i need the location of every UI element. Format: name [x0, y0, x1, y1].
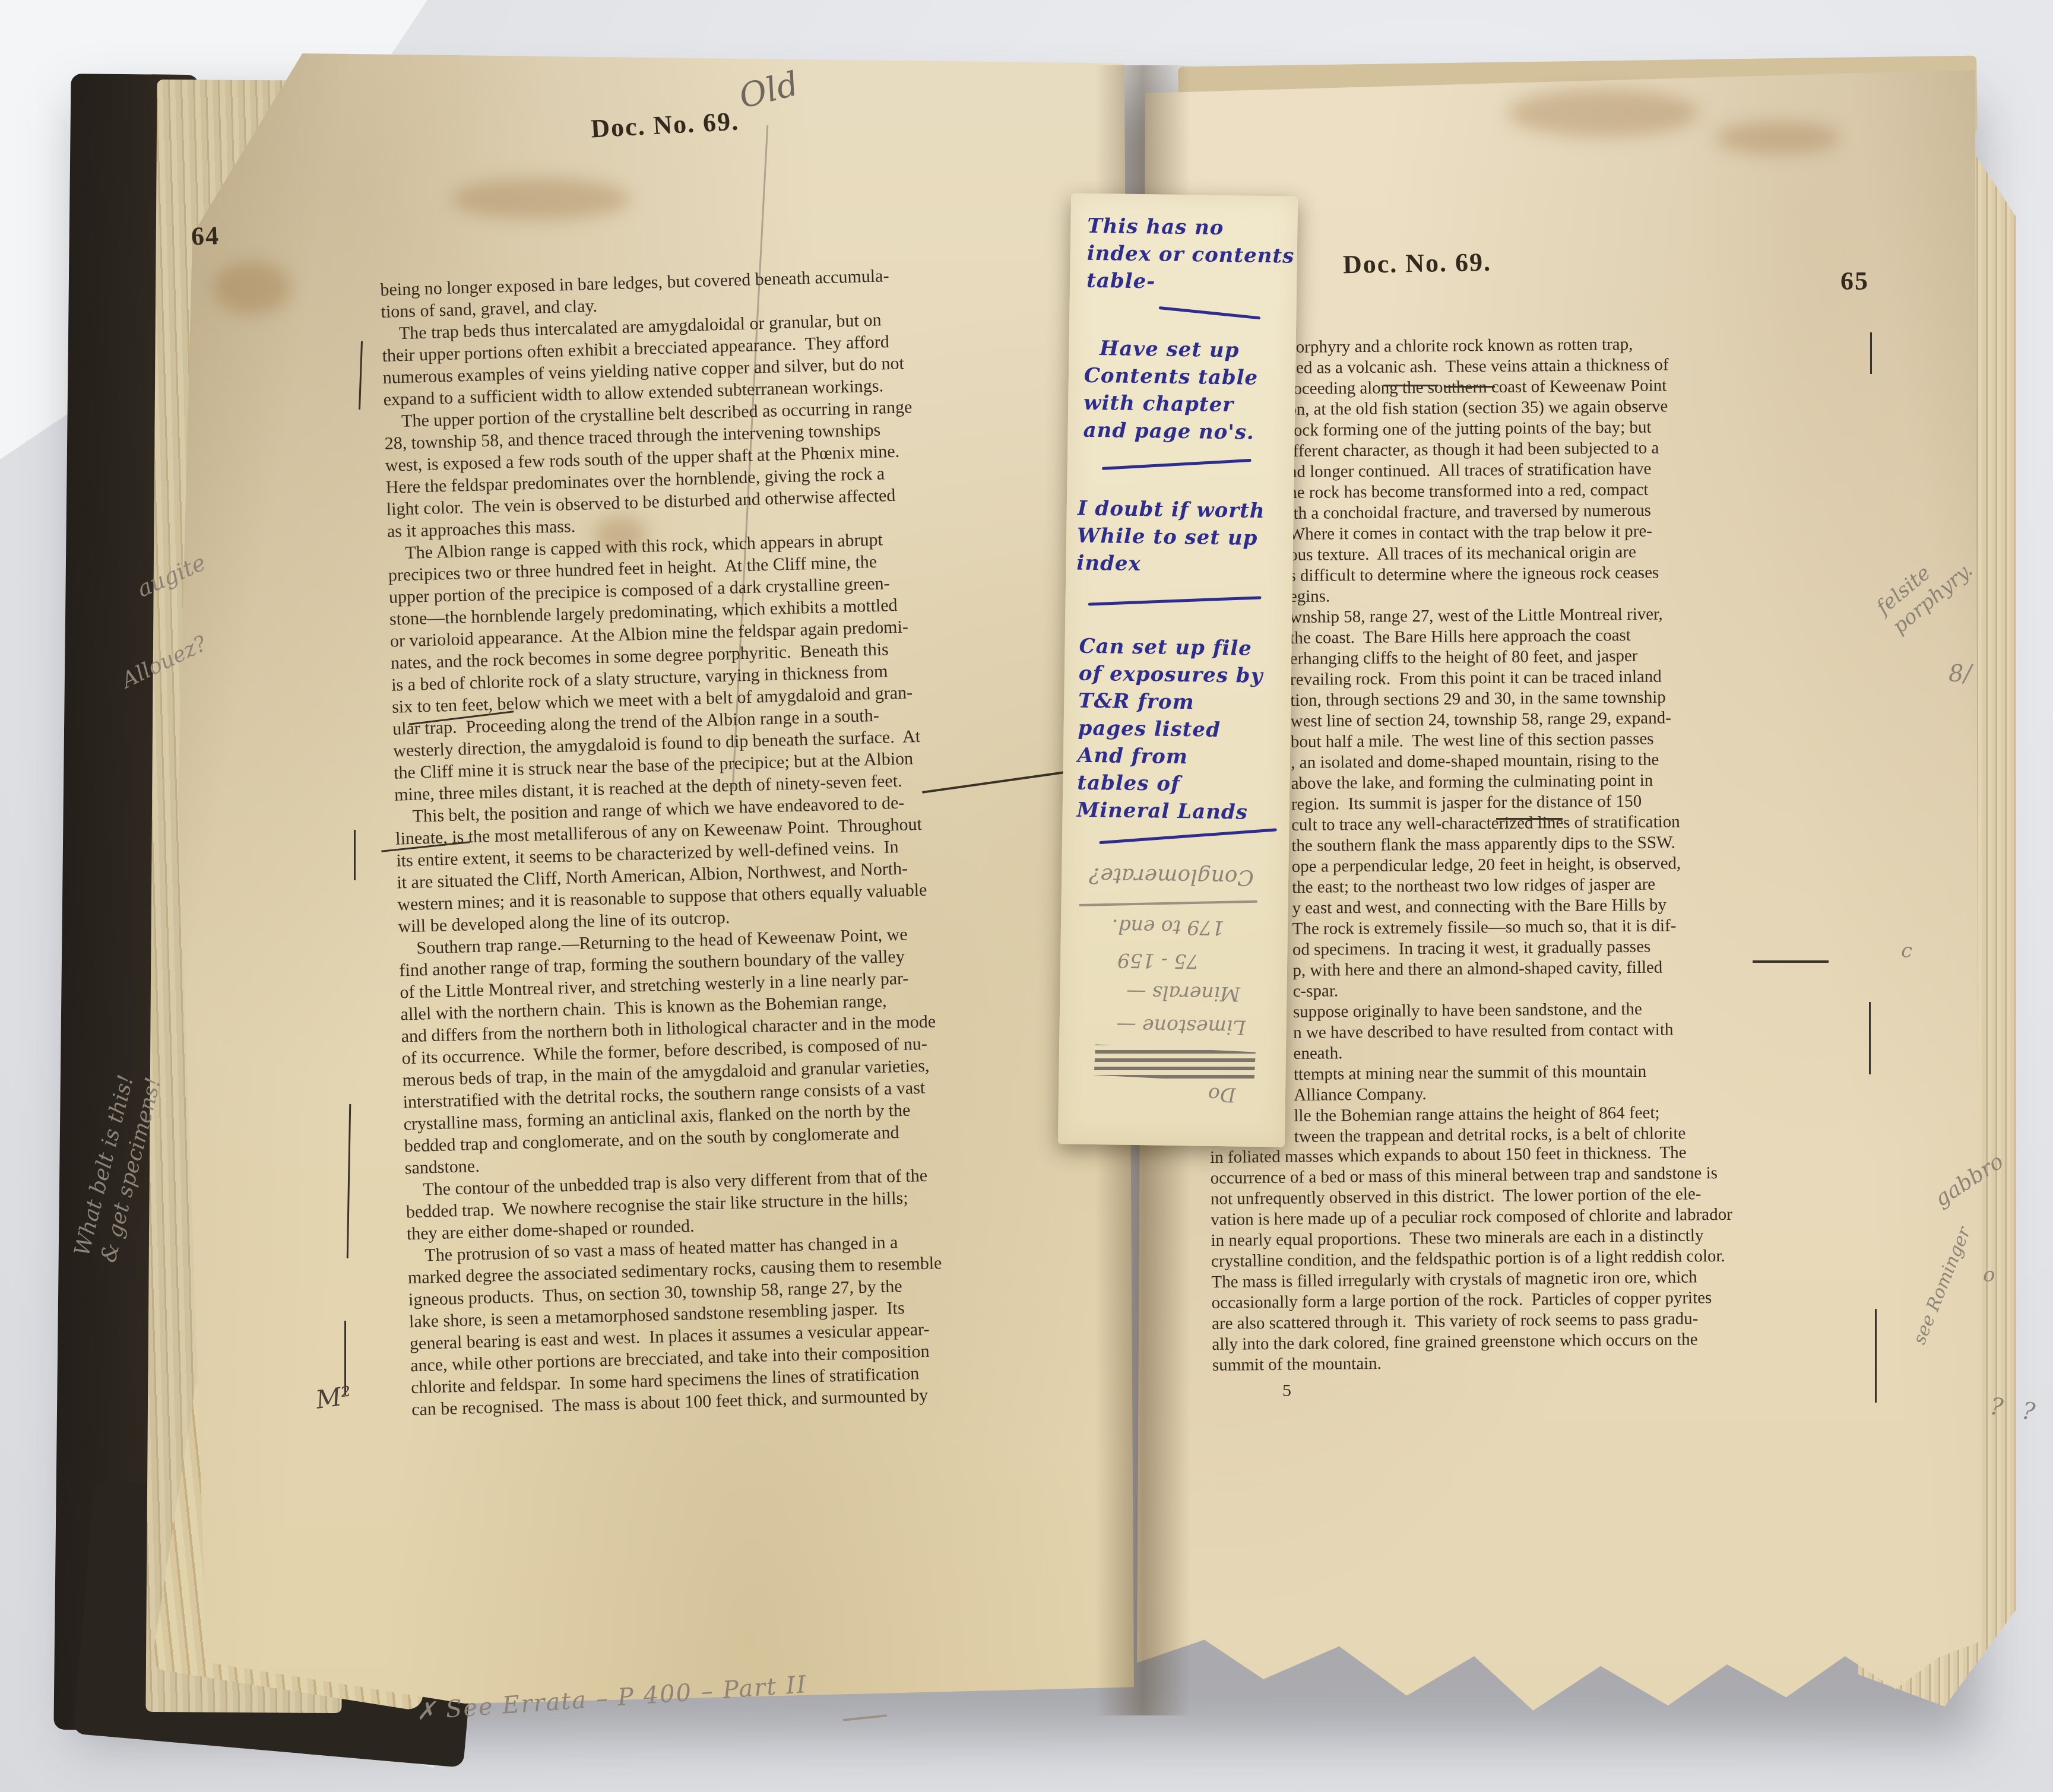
text-line: lle the Bohemian range attains the heigh…	[1294, 1102, 1686, 1127]
note-line: I doubt if worth	[1077, 495, 1265, 525]
text-line: west line of section 24, township 58, ra…	[1290, 708, 1682, 732]
note-line: index or contents	[1086, 240, 1294, 270]
text-line: tion, through sections 29 and 30, in the…	[1290, 687, 1682, 711]
note-line: Contents table	[1084, 362, 1259, 392]
text-line: he rock has become transformed into a re…	[1288, 479, 1680, 503]
paragraph: The protrusion of so vast a mass of heat…	[407, 1225, 1130, 1421]
note-line: While to set up	[1077, 522, 1265, 552]
margin-bar-mark	[1870, 332, 1872, 374]
page-stain	[1716, 122, 1840, 154]
paragraph: The upper portion of the crystalline bel…	[384, 391, 1105, 543]
note-line: tables of	[1077, 769, 1262, 799]
note-line: Can set up file	[1079, 633, 1263, 662]
note-line: T&R from	[1078, 687, 1263, 717]
text-line: n we have described to have resulted fro…	[1293, 1019, 1685, 1044]
page-stain	[451, 178, 629, 220]
pencil-note-do: Do	[1208, 1083, 1236, 1107]
ink-stroke	[1099, 828, 1277, 844]
text-line: The rock is extremely fissile—so much so…	[1292, 915, 1684, 940]
pencil-note-limestone: Limestone —	[1116, 1014, 1246, 1039]
these-underline-mark	[1383, 385, 1438, 386]
margin-bar-mark	[354, 830, 356, 880]
ink-stroke	[1102, 459, 1252, 470]
text-line: eneath.	[1293, 1040, 1685, 1064]
note-line: This has no	[1087, 212, 1295, 243]
margin-note-c: c	[1901, 939, 1912, 963]
text-line: the east; to the northeast two low ridge…	[1292, 874, 1684, 898]
text-line: ous texture. All traces of its mechanica…	[1289, 541, 1681, 566]
margin-bar-mark	[1869, 1002, 1871, 1074]
right-page-text-lower: in foliated masses which expands to abou…	[1210, 1142, 1734, 1376]
text-line: ifferent character, as though it had bee…	[1288, 437, 1680, 462]
text-line: ope a perpendicular ledge, 20 feet in he…	[1292, 853, 1684, 877]
page-stain	[594, 516, 647, 552]
text-line: nd longer continued. All traces of strat…	[1288, 458, 1680, 483]
ink-stroke	[1088, 596, 1262, 605]
pencil-rule	[1079, 900, 1257, 906]
text-line: Where it comes in contact with the trap …	[1289, 521, 1681, 545]
note-line: and page no's.	[1083, 417, 1257, 446]
note-line: of exposures by	[1079, 660, 1263, 690]
note-line: And from	[1078, 742, 1262, 772]
right-page-text-upper: porphyry and a chlorite rock known as ro…	[1287, 334, 1686, 1147]
margin-bar-mark	[1875, 1309, 1877, 1403]
text-line: s difficult to determine where the igneo…	[1289, 562, 1681, 586]
right-page-number: 65	[1840, 266, 1869, 296]
text-line: egins.	[1290, 583, 1681, 607]
note-text-group: Can set up fileof exposures byT&R frompa…	[1076, 633, 1263, 826]
text-line: ttempts at mining near the summit of thi…	[1294, 1061, 1686, 1085]
right-page-header: Doc. No. 69.	[1343, 247, 1492, 280]
pencil-note-pages: 179 to end.	[1112, 915, 1225, 940]
page-stain	[214, 261, 291, 315]
text-line: region. Its summit is jasper for the dis…	[1291, 791, 1683, 815]
page-stain	[1508, 89, 1698, 137]
margin-note-m2: M²	[314, 1381, 353, 1414]
text-line: ith a conchoidal fracture, and traversed…	[1288, 500, 1680, 524]
note-line: Have set up	[1084, 335, 1259, 364]
paragraph: The Albion range is capped with this roc…	[387, 522, 1113, 806]
left-page-text: being no longer exposed in bare ledges, …	[380, 259, 1130, 1420]
paragraph: This belt, the position and range of whi…	[395, 786, 1117, 938]
text-line: , an isolated and dome-shaped mountain, …	[1291, 749, 1683, 773]
text-line: y east and west, and connecting with the…	[1292, 895, 1684, 919]
pencil-note-minerals: Minerals —	[1126, 981, 1240, 1006]
text-line: on, at the old fish station (section 35)…	[1288, 396, 1680, 420]
signature-mark: 5	[1282, 1382, 1291, 1400]
text-line: cult to trace any well-characterized lin…	[1291, 811, 1683, 836]
text-line: above the lake, and forming the culminat…	[1291, 770, 1683, 794]
note-text-group: This has noindex or contentstable-	[1086, 212, 1295, 297]
ink-stroke	[1159, 306, 1261, 319]
note-text-group: Have set upContents tablewith chapterand…	[1083, 335, 1259, 446]
margin-note-eight: 8/	[1949, 660, 1972, 687]
text-line: wnship 58, range 27, west of the Little …	[1290, 604, 1681, 628]
left-page-number: 64	[191, 220, 220, 252]
book-photo-scene: 64 Doc. No. 69. Old being no longer expo…	[0, 0, 2053, 1792]
text-line: the coast. The Bare Hills here approach …	[1290, 624, 1681, 649]
note-line: with chapter	[1083, 389, 1258, 419]
text-line: the southern flank the mass apparently d…	[1291, 832, 1683, 857]
note-line: pages listed	[1078, 715, 1262, 744]
text-line: c-spar.	[1292, 978, 1684, 1002]
margin-note-o: o	[1983, 1263, 1995, 1287]
text-line: suppose originally to have been sandston…	[1293, 998, 1685, 1023]
veins-underline-mark	[1444, 386, 1495, 388]
text-line: erhanging cliffs to the height of 80 fee…	[1290, 645, 1682, 670]
passes-underline-mark	[1753, 960, 1829, 963]
scratched-out-lines	[1094, 1044, 1256, 1083]
text-line: Alliance Company.	[1294, 1081, 1686, 1106]
text-line: ded as a volcanic ash. These veins attai…	[1287, 354, 1679, 379]
paragraph: Southern trap range.—Returning to the he…	[398, 918, 1123, 1179]
text-line: od specimens. In tracing it west, it gra…	[1292, 936, 1684, 960]
note-line: index	[1076, 550, 1265, 579]
pencil-note-range: 75 - 159	[1117, 949, 1199, 973]
note-line: table-	[1086, 267, 1294, 297]
pencil-note-conglomerate: Conglomerate?	[1089, 863, 1254, 890]
text-line: bout half a mile. The west line of this …	[1291, 728, 1683, 753]
jasper-underline-mark	[1496, 818, 1563, 820]
note-text-group: I doubt if worthWhile to set upindex	[1076, 495, 1265, 579]
text-line: revailing rock. From this point it can b…	[1290, 666, 1682, 690]
text-line: rock forming one of the jutting points o…	[1288, 417, 1680, 441]
text-line: p, with here and there an almond-shaped …	[1292, 957, 1684, 981]
text-line: porphyry and a chlorite rock known as ro…	[1287, 334, 1679, 358]
note-slip: This has noindex or contentstable- Have …	[1058, 193, 1298, 1147]
note-line: Mineral Lands	[1076, 797, 1261, 826]
